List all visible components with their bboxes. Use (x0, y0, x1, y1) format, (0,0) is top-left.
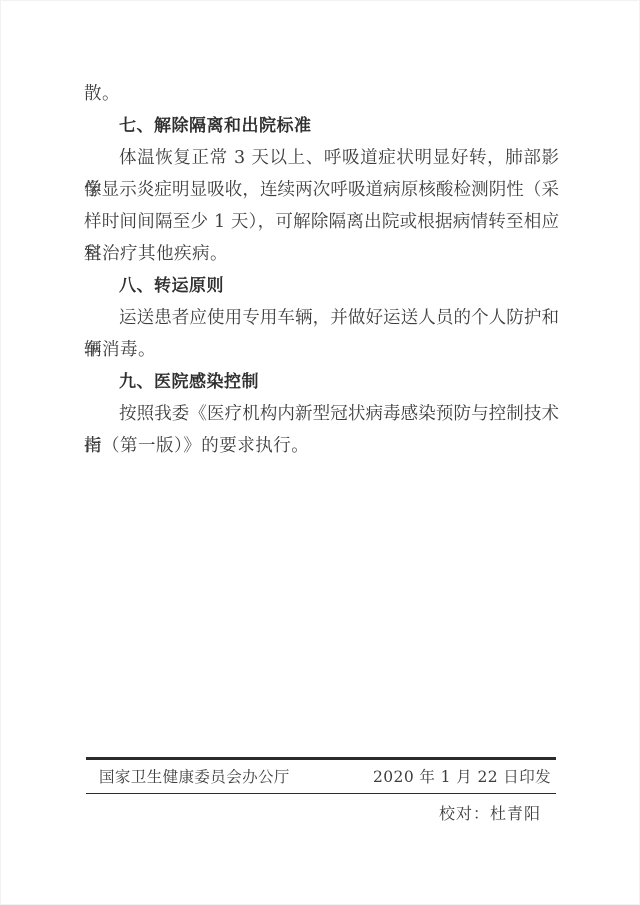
footer-rule-top (86, 757, 556, 760)
footer-issue-row: 国家卫生健康委员会办公厅 2020 年 1 月 22 日印发 (99, 765, 551, 789)
body-line: 散。 (84, 78, 559, 110)
body-line: 按照我委《医疗机构内新型冠状病毒感染预防与控制技术指 (84, 398, 559, 430)
section-heading-9: 九、医院感染控制 (84, 366, 559, 398)
body-line: 运送患者应使用专用车辆，并做好运送人员的个人防护和车 (84, 302, 559, 334)
issue-date: 2020 年 1 月 22 日印发 (373, 765, 551, 789)
proofreader-row: 校对：杜青阳 (99, 802, 541, 826)
body-line: 样时间间隔至少 1 天），可解除隔离出院或根据病情转至相应科 (84, 206, 559, 238)
document-page: 散。 七、解除隔离和出院标准 体温恢复正常 3 天以上、呼吸道症状明显好转，肺部… (0, 0, 640, 905)
section-heading-8: 八、转运原则 (84, 270, 559, 302)
document-body: 散。 七、解除隔离和出院标准 体温恢复正常 3 天以上、呼吸道症状明显好转，肺部… (84, 78, 559, 462)
body-line: 体温恢复正常 3 天以上、呼吸道症状明显好转，肺部影像 (84, 142, 559, 174)
body-line: 辆消毒。 (84, 334, 559, 366)
body-line: 学显示炎症明显吸收，连续两次呼吸道病原核酸检测阴性（采 (84, 174, 559, 206)
issuing-office: 国家卫生健康委员会办公厅 (99, 765, 290, 789)
body-line: 南（第一版）》的要求执行。 (84, 430, 559, 462)
proofreader: 校对：杜青阳 (439, 804, 541, 823)
footer-rule-bottom (86, 793, 556, 794)
section-heading-7: 七、解除隔离和出院标准 (84, 110, 559, 142)
body-line: 室治疗其他疾病。 (84, 238, 559, 270)
